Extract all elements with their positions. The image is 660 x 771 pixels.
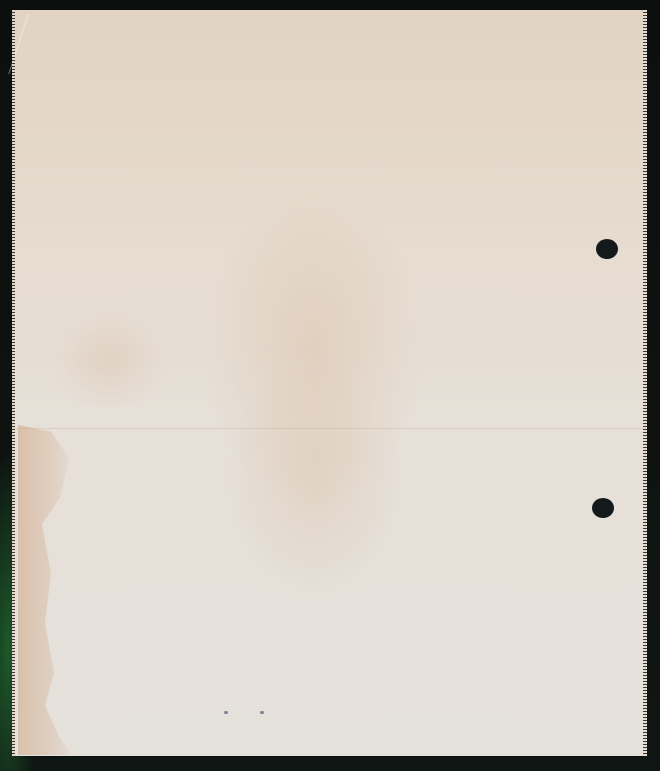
faint-ink-marks [174,710,314,716]
water-stain [18,425,78,755]
paper-sheet [14,10,644,756]
corner-crease [8,14,58,74]
punch-hole-bottom [592,498,614,518]
horizontal-fold [14,428,644,429]
punch-hole-top [596,239,618,259]
